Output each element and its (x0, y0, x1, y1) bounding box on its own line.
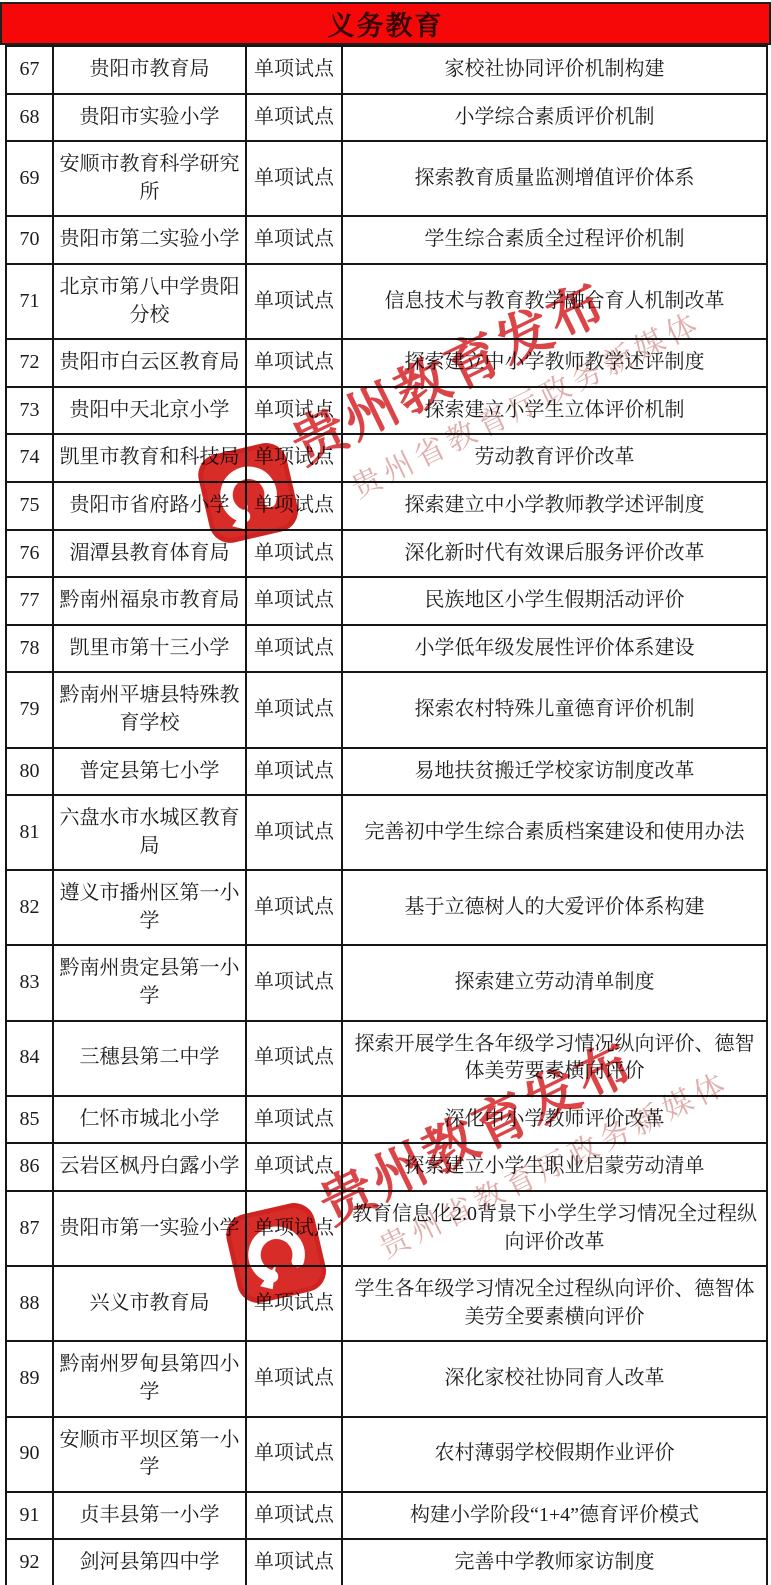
cell-org: 遵义市播州区第一小学 (53, 870, 246, 945)
cell-org: 贵阳市第二实验小学 (53, 216, 246, 264)
table-row: 91贞丰县第一小学单项试点构建小学阶段“1+4”德育评价模式 (6, 1492, 767, 1540)
cell-project: 劳动教育评价改革 (342, 434, 767, 482)
cell-no: 70 (6, 216, 53, 264)
cell-org: 黔南州福泉市教育局 (53, 577, 246, 625)
table-row: 67贵阳市教育局单项试点家校社协同评价机制构建 (6, 46, 767, 94)
cell-org: 三穗县第二中学 (53, 1021, 246, 1096)
cell-project: 探索开展学生各年级学习情况纵向评价、德智体美劳要素横向评价 (342, 1021, 767, 1096)
cell-org: 湄潭县教育体育局 (53, 530, 246, 578)
cell-no: 75 (6, 482, 53, 530)
table-row: 68贵阳市实验小学单项试点小学综合素质评价机制 (6, 94, 767, 142)
cell-type: 单项试点 (246, 795, 342, 870)
cell-org: 黔南州平塘县特殊教育学校 (53, 672, 246, 747)
cell-project: 学生综合素质全过程评价机制 (342, 216, 767, 264)
cell-type: 单项试点 (246, 530, 342, 578)
table-row: 72贵阳市白云区教育局单项试点探索建立中小学教师教学述评制度 (6, 339, 767, 387)
cell-no: 87 (6, 1191, 53, 1266)
cell-project: 深化中小学教师评价改革 (342, 1096, 767, 1144)
table-row: 86云岩区枫丹白露小学单项试点探索建立小学生职业启蒙劳动清单 (6, 1143, 767, 1191)
cell-type: 单项试点 (246, 339, 342, 387)
cell-no: 83 (6, 945, 53, 1020)
table-row: 81六盘水市水城区教育局单项试点完善初中学生综合素质档案建设和使用办法 (6, 795, 767, 870)
cell-project: 探索建立劳动清单制度 (342, 945, 767, 1020)
cell-no: 73 (6, 387, 53, 435)
cell-type: 单项试点 (246, 1492, 342, 1540)
table-row: 79黔南州平塘县特殊教育学校单项试点探索农村特殊儿童德育评价机制 (6, 672, 767, 747)
cell-project: 探索建立中小学教师教学述评制度 (342, 482, 767, 530)
table-row: 89黔南州罗甸县第四小学单项试点深化家校社协同育人改革 (6, 1341, 767, 1416)
cell-org: 剑河县第四中学 (53, 1539, 246, 1585)
cell-project: 探索农村特殊儿童德育评价机制 (342, 672, 767, 747)
cell-project: 小学综合素质评价机制 (342, 94, 767, 142)
pilot-projects-table: 67贵阳市教育局单项试点家校社协同评价机制构建68贵阳市实验小学单项试点小学综合… (5, 45, 768, 1585)
section-title: 义务教育 (328, 4, 444, 43)
cell-type: 单项试点 (246, 1539, 342, 1585)
cell-project: 教育信息化2.0背景下小学生学习情况全过程纵向评价改革 (342, 1191, 767, 1266)
table-row: 74凯里市教育和科技局单项试点劳动教育评价改革 (6, 434, 767, 482)
cell-type: 单项试点 (246, 141, 342, 216)
cell-type: 单项试点 (246, 1021, 342, 1096)
cell-org: 安顺市平坝区第一小学 (53, 1417, 246, 1492)
cell-no: 88 (6, 1266, 53, 1341)
cell-type: 单项试点 (246, 434, 342, 482)
table-row: 69安顺市教育科学研究所单项试点探索教育质量监测增值评价体系 (6, 141, 767, 216)
table-row: 78凯里市第十三小学单项试点小学低年级发展性评价体系建设 (6, 625, 767, 673)
cell-project: 深化新时代有效课后服务评价改革 (342, 530, 767, 578)
cell-project: 学生各年级学习情况全过程纵向评价、德智体美劳全要素横向评价 (342, 1266, 767, 1341)
cell-org: 仁怀市城北小学 (53, 1096, 246, 1144)
cell-no: 84 (6, 1021, 53, 1096)
cell-no: 89 (6, 1341, 53, 1416)
section-header: 义务教育 (0, 2, 771, 45)
cell-org: 贵阳市教育局 (53, 46, 246, 94)
cell-no: 91 (6, 1492, 53, 1540)
cell-no: 77 (6, 577, 53, 625)
cell-no: 86 (6, 1143, 53, 1191)
cell-type: 单项试点 (246, 1417, 342, 1492)
cell-project: 基于立德树人的大爱评价体系构建 (342, 870, 767, 945)
cell-type: 单项试点 (246, 1266, 342, 1341)
cell-project: 完善中学教师家访制度 (342, 1539, 767, 1585)
cell-org: 普定县第七小学 (53, 748, 246, 796)
cell-no: 85 (6, 1096, 53, 1144)
cell-project: 构建小学阶段“1+4”德育评价模式 (342, 1492, 767, 1540)
cell-org: 北京市第八中学贵阳分校 (53, 264, 246, 339)
cell-type: 单项试点 (246, 870, 342, 945)
table-row: 76湄潭县教育体育局单项试点深化新时代有效课后服务评价改革 (6, 530, 767, 578)
cell-type: 单项试点 (246, 577, 342, 625)
cell-no: 82 (6, 870, 53, 945)
table-row: 83黔南州贵定县第一小学单项试点探索建立劳动清单制度 (6, 945, 767, 1020)
table-row: 70贵阳市第二实验小学单项试点学生综合素质全过程评价机制 (6, 216, 767, 264)
cell-no: 79 (6, 672, 53, 747)
table-row: 85仁怀市城北小学单项试点深化中小学教师评价改革 (6, 1096, 767, 1144)
cell-no: 72 (6, 339, 53, 387)
cell-org: 云岩区枫丹白露小学 (53, 1143, 246, 1191)
cell-project: 民族地区小学生假期活动评价 (342, 577, 767, 625)
cell-type: 单项试点 (246, 264, 342, 339)
cell-org: 黔南州罗甸县第四小学 (53, 1341, 246, 1416)
cell-org: 贵阳市白云区教育局 (53, 339, 246, 387)
cell-no: 69 (6, 141, 53, 216)
cell-org: 黔南州贵定县第一小学 (53, 945, 246, 1020)
cell-type: 单项试点 (246, 94, 342, 142)
cell-type: 单项试点 (246, 387, 342, 435)
cell-type: 单项试点 (246, 625, 342, 673)
cell-org: 凯里市教育和科技局 (53, 434, 246, 482)
cell-project: 农村薄弱学校假期作业评价 (342, 1417, 767, 1492)
cell-project: 探索教育质量监测增值评价体系 (342, 141, 767, 216)
cell-no: 74 (6, 434, 53, 482)
cell-no: 92 (6, 1539, 53, 1585)
cell-no: 81 (6, 795, 53, 870)
table-row: 75贵阳市省府路小学单项试点探索建立中小学教师教学述评制度 (6, 482, 767, 530)
cell-project: 易地扶贫搬迁学校家访制度改革 (342, 748, 767, 796)
cell-type: 单项试点 (246, 216, 342, 264)
cell-project: 探索建立小学生职业启蒙劳动清单 (342, 1143, 767, 1191)
cell-type: 单项试点 (246, 945, 342, 1020)
cell-type: 单项试点 (246, 748, 342, 796)
cell-org: 贞丰县第一小学 (53, 1492, 246, 1540)
cell-no: 78 (6, 625, 53, 673)
cell-org: 安顺市教育科学研究所 (53, 141, 246, 216)
table-row: 80普定县第七小学单项试点易地扶贫搬迁学校家访制度改革 (6, 748, 767, 796)
cell-no: 90 (6, 1417, 53, 1492)
table-row: 71北京市第八中学贵阳分校单项试点信息技术与教育教学融合育人机制改革 (6, 264, 767, 339)
table-row: 90安顺市平坝区第一小学单项试点农村薄弱学校假期作业评价 (6, 1417, 767, 1492)
cell-type: 单项试点 (246, 1096, 342, 1144)
cell-no: 76 (6, 530, 53, 578)
table-row: 82遵义市播州区第一小学单项试点基于立德树人的大爱评价体系构建 (6, 870, 767, 945)
cell-project: 深化家校社协同育人改革 (342, 1341, 767, 1416)
cell-org: 贵阳市省府路小学 (53, 482, 246, 530)
cell-type: 单项试点 (246, 1191, 342, 1266)
cell-org: 贵阳市实验小学 (53, 94, 246, 142)
cell-type: 单项试点 (246, 482, 342, 530)
cell-no: 67 (6, 46, 53, 94)
table-row: 77黔南州福泉市教育局单项试点民族地区小学生假期活动评价 (6, 577, 767, 625)
cell-org: 贵阳市第一实验小学 (53, 1191, 246, 1266)
cell-project: 小学低年级发展性评价体系建设 (342, 625, 767, 673)
cell-org: 六盘水市水城区教育局 (53, 795, 246, 870)
cell-project: 信息技术与教育教学融合育人机制改革 (342, 264, 767, 339)
cell-type: 单项试点 (246, 1341, 342, 1416)
cell-project: 完善初中学生综合素质档案建设和使用办法 (342, 795, 767, 870)
cell-org: 兴义市教育局 (53, 1266, 246, 1341)
table-body: 67贵阳市教育局单项试点家校社协同评价机制构建68贵阳市实验小学单项试点小学综合… (6, 46, 767, 1585)
cell-type: 单项试点 (246, 46, 342, 94)
cell-type: 单项试点 (246, 672, 342, 747)
table-row: 73贵阳中天北京小学单项试点探索建立小学生立体评价机制 (6, 387, 767, 435)
cell-no: 68 (6, 94, 53, 142)
table-row: 88兴义市教育局单项试点学生各年级学习情况全过程纵向评价、德智体美劳全要素横向评… (6, 1266, 767, 1341)
cell-no: 71 (6, 264, 53, 339)
cell-no: 80 (6, 748, 53, 796)
cell-project: 家校社协同评价机制构建 (342, 46, 767, 94)
cell-type: 单项试点 (246, 1143, 342, 1191)
cell-org: 凯里市第十三小学 (53, 625, 246, 673)
cell-project: 探索建立中小学教师教学述评制度 (342, 339, 767, 387)
table-row: 87贵阳市第一实验小学单项试点教育信息化2.0背景下小学生学习情况全过程纵向评价… (6, 1191, 767, 1266)
cell-org: 贵阳中天北京小学 (53, 387, 246, 435)
table-row: 84三穗县第二中学单项试点探索开展学生各年级学习情况纵向评价、德智体美劳要素横向… (6, 1021, 767, 1096)
table-row: 92剑河县第四中学单项试点完善中学教师家访制度 (6, 1539, 767, 1585)
cell-project: 探索建立小学生立体评价机制 (342, 387, 767, 435)
